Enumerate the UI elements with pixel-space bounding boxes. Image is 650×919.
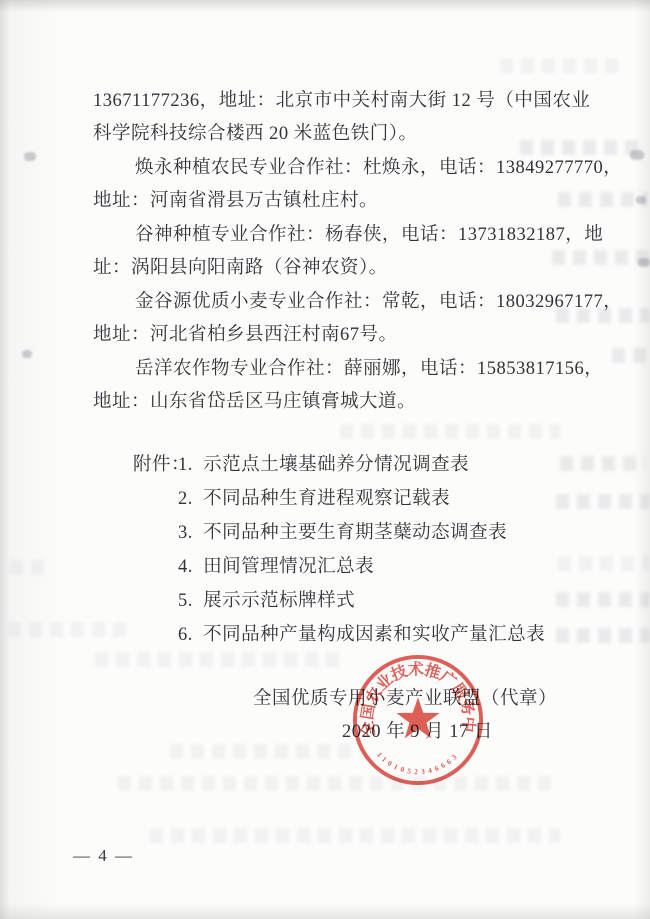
body-line: 址：涡阳县向阳南路（谷神农资）。 xyxy=(93,257,388,279)
bleedthrough-artifact xyxy=(520,140,645,155)
body-line: 地址：河北省柏乡县西汪村南67号。 xyxy=(93,324,398,346)
attachment-item: 2. 不同品种生育进程观察记载表 xyxy=(178,488,450,510)
attachment-item: 4. 田间管理情况汇总表 xyxy=(178,556,374,578)
scan-speck xyxy=(24,152,36,161)
bleedthrough-artifact xyxy=(556,494,650,509)
bleedthrough-artifact xyxy=(560,456,645,471)
scan-speck xyxy=(636,196,646,204)
bleedthrough-artifact xyxy=(340,424,560,439)
body-line: 地址：河南省滑县万古镇杜庄村。 xyxy=(93,190,378,212)
attachment-item: 5. 展示示范标牌样式 xyxy=(178,590,355,612)
bleedthrough-artifact xyxy=(558,556,650,571)
bleedthrough-artifact xyxy=(8,622,128,637)
bleedthrough-artifact xyxy=(118,776,558,791)
page-number: — 4 — xyxy=(73,845,134,867)
attachment-item: 3. 不同品种主要生育期茎蘖动态调查表 xyxy=(178,522,507,544)
body-line: 科学院科技综合楼西 20 米蓝色铁门）。 xyxy=(93,123,418,145)
bleedthrough-artifact xyxy=(552,250,650,265)
body-line: 地址：山东省岱岳区马庄镇膏城大道。 xyxy=(93,391,416,413)
seal-star-icon xyxy=(396,697,439,738)
body-line: 焕永种植农民专业合作社：杜焕永，电话：13849277770， xyxy=(135,157,622,179)
bleedthrough-artifact xyxy=(556,592,650,607)
body-line: 金谷源优质小麦专业合作社：常乾，电话：18032967177， xyxy=(135,291,622,313)
bleedthrough-artifact xyxy=(558,192,648,207)
bleedthrough-artifact xyxy=(95,652,345,667)
body-line: 岳洋农作物专业合作社：薛丽娜，电话：15853817156， xyxy=(135,358,603,380)
scan-speck xyxy=(22,350,32,358)
seal-code: 1101052346663 xyxy=(375,750,459,776)
scan-speck xyxy=(638,258,650,267)
bleedthrough-artifact xyxy=(10,560,50,575)
bleedthrough-artifact xyxy=(170,744,360,759)
bleedthrough-artifact xyxy=(150,828,560,843)
attachment-item: 1. 示范点土壤基础养分情况调查表 xyxy=(178,454,469,476)
bleedthrough-artifact xyxy=(500,58,620,73)
scan-speck xyxy=(630,150,644,160)
attachment-item: 6. 不同品种产量构成因素和实收产量汇总表 xyxy=(178,624,545,646)
official-seal: 全国农业技术推广服务中心 1101052346663 xyxy=(349,651,487,789)
bleedthrough-artifact xyxy=(556,628,650,643)
bleedthrough-artifact xyxy=(612,348,650,363)
body-line: 谷神种植专业合作社：杨春侠，电话：13731832187，地 xyxy=(135,224,603,246)
body-line: 13671177236，地址：北京市中关村南大街 12 号（中国农业 xyxy=(93,90,590,112)
